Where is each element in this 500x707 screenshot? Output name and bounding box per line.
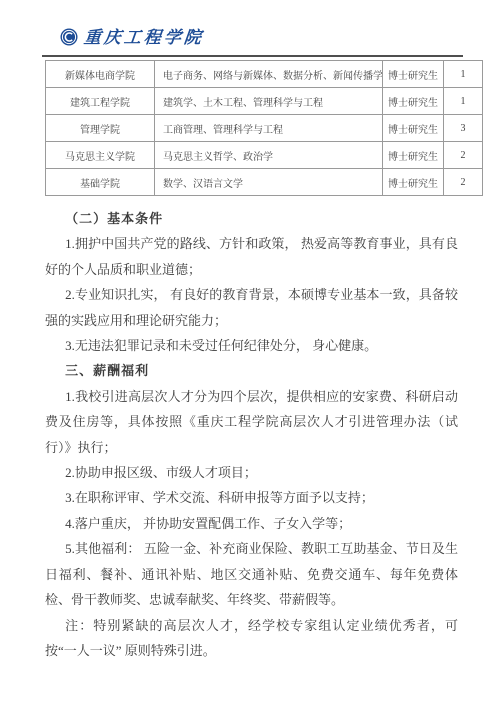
table-row: 基础学院 数学、汉语言文学 博士研究生 2 <box>46 169 483 196</box>
salary-benefit-item: 4.落户重庆， 并协助安置配偶工作、子女入学等； <box>45 511 458 536</box>
document-body: （二）基本条件 1.拥护中国共产党的路线、方针和政策， 热爱高等教育事业，具有良… <box>45 206 458 663</box>
section-heading-basic-conditions: （二）基本条件 <box>45 206 458 231</box>
count-cell: 1 <box>444 61 483 88</box>
college-cell: 管理学院 <box>46 115 155 142</box>
college-cell: 马克思主义学院 <box>46 142 155 169</box>
table-row: 建筑工程学院 建筑学、土木工程、管理科学与工程 博士研究生 1 <box>46 88 483 115</box>
count-cell: 2 <box>444 169 483 196</box>
degree-cell: 博士研究生 <box>383 169 444 196</box>
college-cell: 基础学院 <box>46 169 155 196</box>
letterhead-rule <box>42 55 463 57</box>
table-row: 新媒体电商学院 电子商务、网络与新媒体、数据分析、新闻传播学 博士研究生 1 <box>46 61 483 88</box>
basic-condition-item: 3.无违法犯罪记录和未受过任何纪律处分， 身心健康。 <box>45 333 458 358</box>
letterhead: 重庆工程学院 <box>60 28 204 46</box>
school-logo-icon <box>60 28 78 46</box>
degree-cell: 博士研究生 <box>383 142 444 169</box>
salary-benefit-item: 1.我校引进高层次人才分为四个层次，提供相应的安家费、科研启动费及住房等，具体按… <box>45 384 458 460</box>
note-paragraph: 注：特别紧缺的高层次人才，经学校专家组认定业绩优秀者，可按“一人一议” 原则特殊… <box>45 613 458 664</box>
basic-condition-item: 2.专业知识扎实， 有良好的教育背景，本硕博专业基本一致，具备较强的实践应用和理… <box>45 282 458 333</box>
degree-cell: 博士研究生 <box>383 88 444 115</box>
salary-benefit-item: 3.在职称评审、学术交流、科研申报等方面予以支持； <box>45 485 458 510</box>
college-cell: 新媒体电商学院 <box>46 61 155 88</box>
section-heading-salary-benefits: 三、薪酬福利 <box>45 358 458 383</box>
majors-cell: 建筑学、土木工程、管理科学与工程 <box>155 88 383 115</box>
majors-cell: 电子商务、网络与新媒体、数据分析、新闻传播学 <box>155 61 383 88</box>
salary-benefit-item: 2.协助申报区级、市级人才项目； <box>45 460 458 485</box>
count-cell: 1 <box>444 88 483 115</box>
salary-benefit-item: 5.其他福利： 五险一金、补充商业保险、教职工互助基金、节日及生日福利、餐补、通… <box>45 536 458 612</box>
college-cell: 建筑工程学院 <box>46 88 155 115</box>
degree-cell: 博士研究生 <box>383 115 444 142</box>
table-row: 管理学院 工商管理、管理科学与工程 博士研究生 3 <box>46 115 483 142</box>
count-cell: 3 <box>444 115 483 142</box>
table-row: 马克思主义学院 马克思主义哲学、政治学 博士研究生 2 <box>46 142 483 169</box>
majors-cell: 数学、汉语言文学 <box>155 169 383 196</box>
document-page: { "header": { "org_name": "重庆工程学院", "log… <box>0 0 500 707</box>
majors-cell: 马克思主义哲学、政治学 <box>155 142 383 169</box>
majors-cell: 工商管理、管理科学与工程 <box>155 115 383 142</box>
basic-condition-item: 1.拥护中国共产党的路线、方针和政策， 热爱高等教育事业，具有良好的个人品质和职… <box>45 231 458 282</box>
positions-table: 新媒体电商学院 电子商务、网络与新媒体、数据分析、新闻传播学 博士研究生 1 建… <box>45 60 483 196</box>
count-cell: 2 <box>444 142 483 169</box>
org-name: 重庆工程学院 <box>83 29 205 46</box>
degree-cell: 博士研究生 <box>383 61 444 88</box>
